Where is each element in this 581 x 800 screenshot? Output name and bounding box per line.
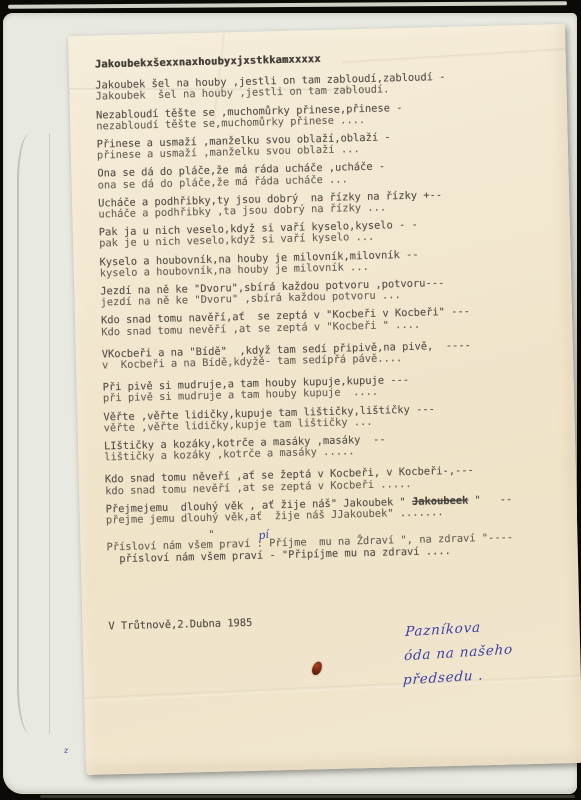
poem-stanza: Ucháče a podhřibky,ty jsou dobrý na řízk… [98, 187, 561, 221]
poem-stanza: VKocbeři a na "Bídě" ,když tam sedí přip… [102, 338, 565, 372]
poem-stanza: Jakoubek šel na houby ,jestli on tam zab… [95, 69, 558, 103]
poem-stanza: Kdo snad tomu navěří,ať se zeptá v "Kocb… [101, 305, 564, 339]
poem-stanza: LIštičky a kozáky,kotrče a masáky ,masák… [104, 430, 567, 464]
struck-title: Jakoubekxšexxnaxhoubyxjxstkkamxxxxx [95, 48, 558, 71]
poem-stanza: Kyselo a houbovník,na houby je milovník,… [99, 246, 562, 280]
poem-stanza: Jezdí na ně ke "Dvoru",sbírá každou potv… [100, 275, 563, 309]
poem-stanza: Pak ja u nich veselo,když si vaří kyselo… [99, 216, 562, 250]
poem-text: Jakoubekxšexxnaxhoubyxjxstkkamxxxxx Jako… [95, 48, 572, 632]
line-segment: " -- [468, 493, 512, 506]
poem-stanza: Přinese a usmaží ,manželku svou oblaží,o… [97, 128, 560, 162]
poem-stanza: Ona se dá do pláče,že má ráda ucháče ,uc… [97, 158, 560, 192]
poem-stanza: Věřte ,věřte lidičky,kupuje tam lištičky… [103, 401, 566, 435]
poem-stanza-jakoubek: Přejmejemu dlouhý věk , ať žije náš" Jak… [105, 493, 568, 527]
handwritten-note: Pazníkova óda na našeho předsedu . [403, 612, 546, 693]
album-sheet-edge-top [8, 1, 567, 8]
poem-stanza: Kdo snad tomu něveří ,ať se žeptá v Kocb… [105, 464, 568, 498]
poem-stanza: Nezabloudí těšte se ,muchomůrky přinese,… [96, 99, 559, 133]
page-edge-lines [17, 133, 50, 734]
album-sheet-edge-bottom [40, 795, 575, 798]
poem-stanza: Při pivě si mudruje,a tam houby kupuje,k… [103, 371, 566, 405]
corner-mark: z [64, 746, 68, 755]
paper-stain [310, 660, 324, 676]
